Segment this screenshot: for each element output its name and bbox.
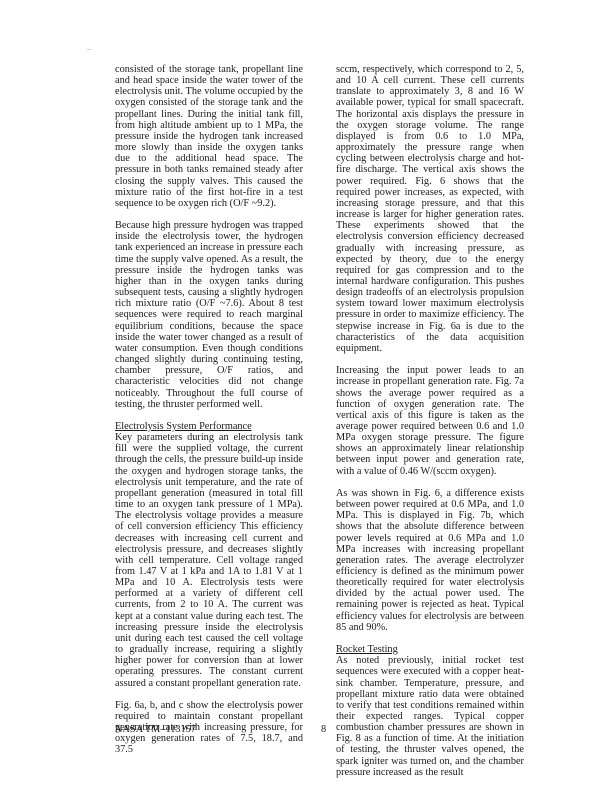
section-heading-electrolysis-system-performance: Electrolysis System Performance — [115, 421, 303, 432]
paragraph: Increasing the input power leads to an i… — [336, 365, 524, 477]
left-column: consisted of the storage tank, propellan… — [115, 64, 303, 756]
paragraph: Key parameters during an electrolysis ta… — [115, 432, 303, 689]
paragraph: As was shown in Fig. 6, a difference exi… — [336, 488, 524, 633]
right-column: sccm, respectively, which correspond to … — [336, 64, 524, 778]
paragraph: As noted previously, initial rocket test… — [336, 655, 524, 778]
page-number: 8 — [321, 724, 326, 736]
paragraph: Because high pressure hydrogen was trapp… — [115, 220, 303, 410]
scan-mark — [87, 49, 91, 50]
section-heading-rocket-testing: Rocket Testing — [336, 644, 524, 655]
paragraph: consisted of the storage tank, propellan… — [115, 64, 303, 209]
report-number: NASA TM–113157 — [115, 724, 196, 736]
paragraph: sccm, respectively, which correspond to … — [336, 64, 524, 354]
